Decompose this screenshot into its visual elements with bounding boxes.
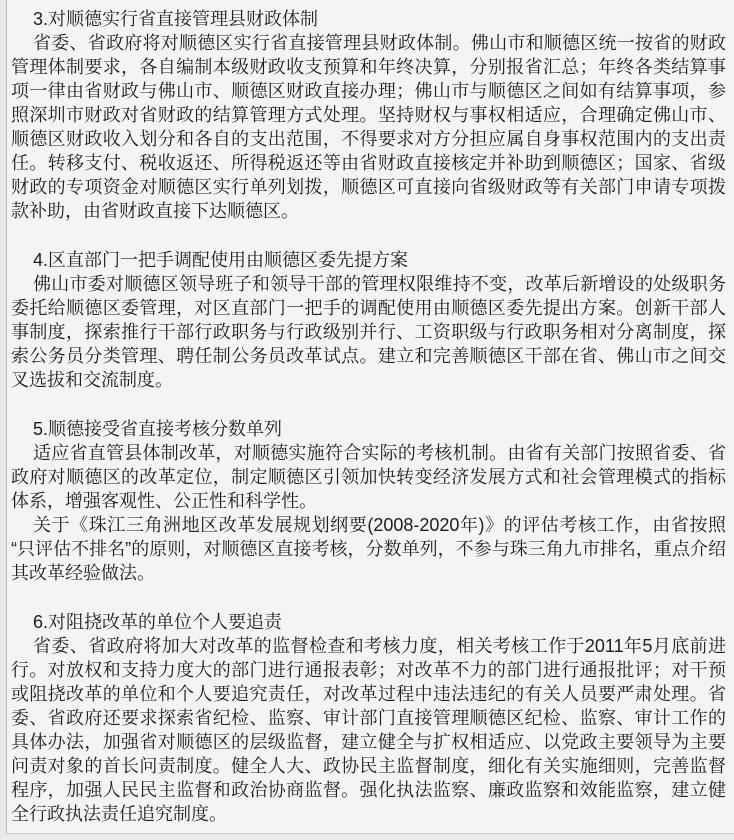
section-heading: 4.区直部门一把手调配使用由顺德区委先提方案	[11, 248, 726, 272]
article-section-5: 5.顺德接受省直接考核分数单列 适应省直管县体制改革，对顺德实施符合实际的考核机…	[11, 417, 726, 585]
section-paragraph: 关于《珠江三角洲地区改革发展规划纲要(2008-2020年)》的评估考核工作，由…	[11, 513, 726, 585]
article-content-area: 3.对顺德实行省直接管理县财政体制 省委、省政府将对顺德区实行省直接管理县财政体…	[6, 0, 734, 834]
article-section-6: 6.对阻挠改革的单位个人要追责 省委、省政府将加大对改革的监督检查和考核力度，相…	[11, 610, 726, 826]
article-section-4: 4.区直部门一把手调配使用由顺德区委先提方案 佛山市委对顺德区领导班子和领导干部…	[11, 248, 726, 392]
section-paragraph: 适应省直管县体制改革，对顺德实施符合实际的考核机制。由省有关部门按照省委、省政府…	[11, 441, 726, 513]
section-paragraph: 佛山市委对顺德区领导班子和领导干部的管理权限维持不变，改革后新增设的处级职务委托…	[11, 272, 726, 392]
section-heading: 3.对顺德实行省直接管理县财政体制	[11, 7, 726, 31]
section-paragraph: 省委、省政府将对顺德区实行省直接管理县财政体制。佛山市和顺德区统一按省的财政管理…	[11, 31, 726, 223]
article-page: 3.对顺德实行省直接管理县财政体制 省委、省政府将对顺德区实行省直接管理县财政体…	[0, 0, 734, 840]
section-paragraph: 省委、省政府将加大对改革的监督检查和考核力度，相关考核工作于2011年5月底前进…	[11, 634, 726, 826]
section-heading: 6.对阻挠改革的单位个人要追责	[11, 610, 726, 634]
article-section-3: 3.对顺德实行省直接管理县财政体制 省委、省政府将对顺德区实行省直接管理县财政体…	[11, 7, 726, 223]
section-heading: 5.顺德接受省直接考核分数单列	[11, 417, 726, 441]
